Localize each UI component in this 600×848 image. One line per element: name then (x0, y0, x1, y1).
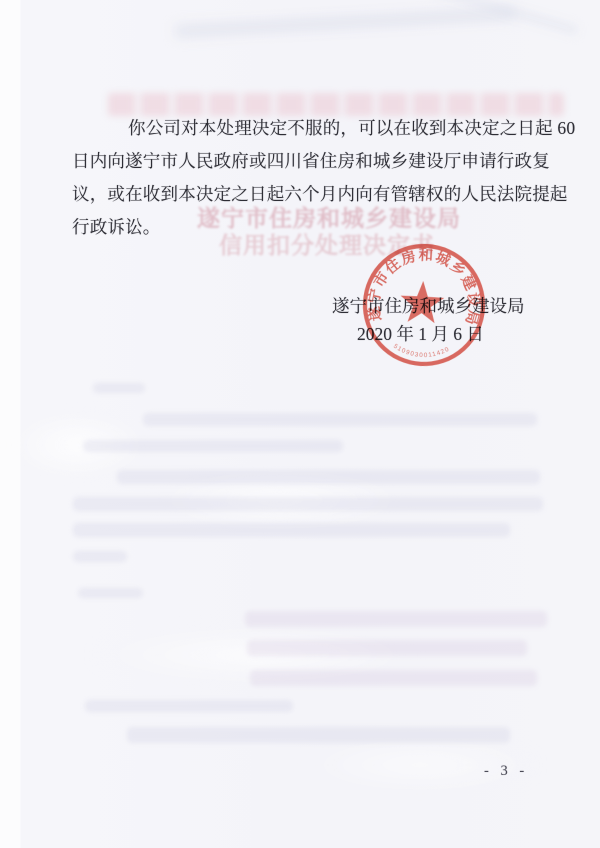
bleed-through-line (73, 497, 543, 511)
bleed-through-line (93, 383, 145, 393)
bleed-through-line (85, 700, 293, 712)
scanned-document-page: 遂宁市住房和城乡建设局 信用扣分处理决定书 你公司对本处理决定不服的，可以在收到… (0, 0, 600, 848)
bleed-through-line (250, 670, 537, 686)
bleed-through-line (127, 727, 510, 743)
body-line: 你公司对本处理决定不服的，可以在收到本决定之日起 60 (72, 112, 552, 145)
page-number: - 3 - (484, 763, 528, 780)
body-line: 日内向遂宁市人民政府或四川省住房和城乡建设厅申请行政复 (72, 145, 552, 178)
bleed-through-line (83, 440, 343, 452)
bleed-through-line (143, 413, 537, 426)
bleed-through-line (73, 551, 127, 562)
bleed-through-line (117, 470, 540, 484)
bleed-through-line (245, 611, 547, 627)
body-line: 议，或在收到本决定之日起六个月内向有管辖权的人民法院提起 (72, 178, 552, 211)
bleed-through-line (247, 640, 527, 656)
seal-star-icon (399, 280, 445, 324)
official-seal: 遂宁市住房和城乡建设局 5109030011420 (353, 234, 496, 377)
paper-crease (432, 0, 578, 35)
body-paragraph: 你公司对本处理决定不服的，可以在收到本决定之日起 60 日内向遂宁市人民政府或四… (72, 112, 552, 244)
bleed-through-line (73, 523, 510, 537)
paper-crease (175, 7, 515, 38)
bleed-through-line (78, 588, 143, 598)
